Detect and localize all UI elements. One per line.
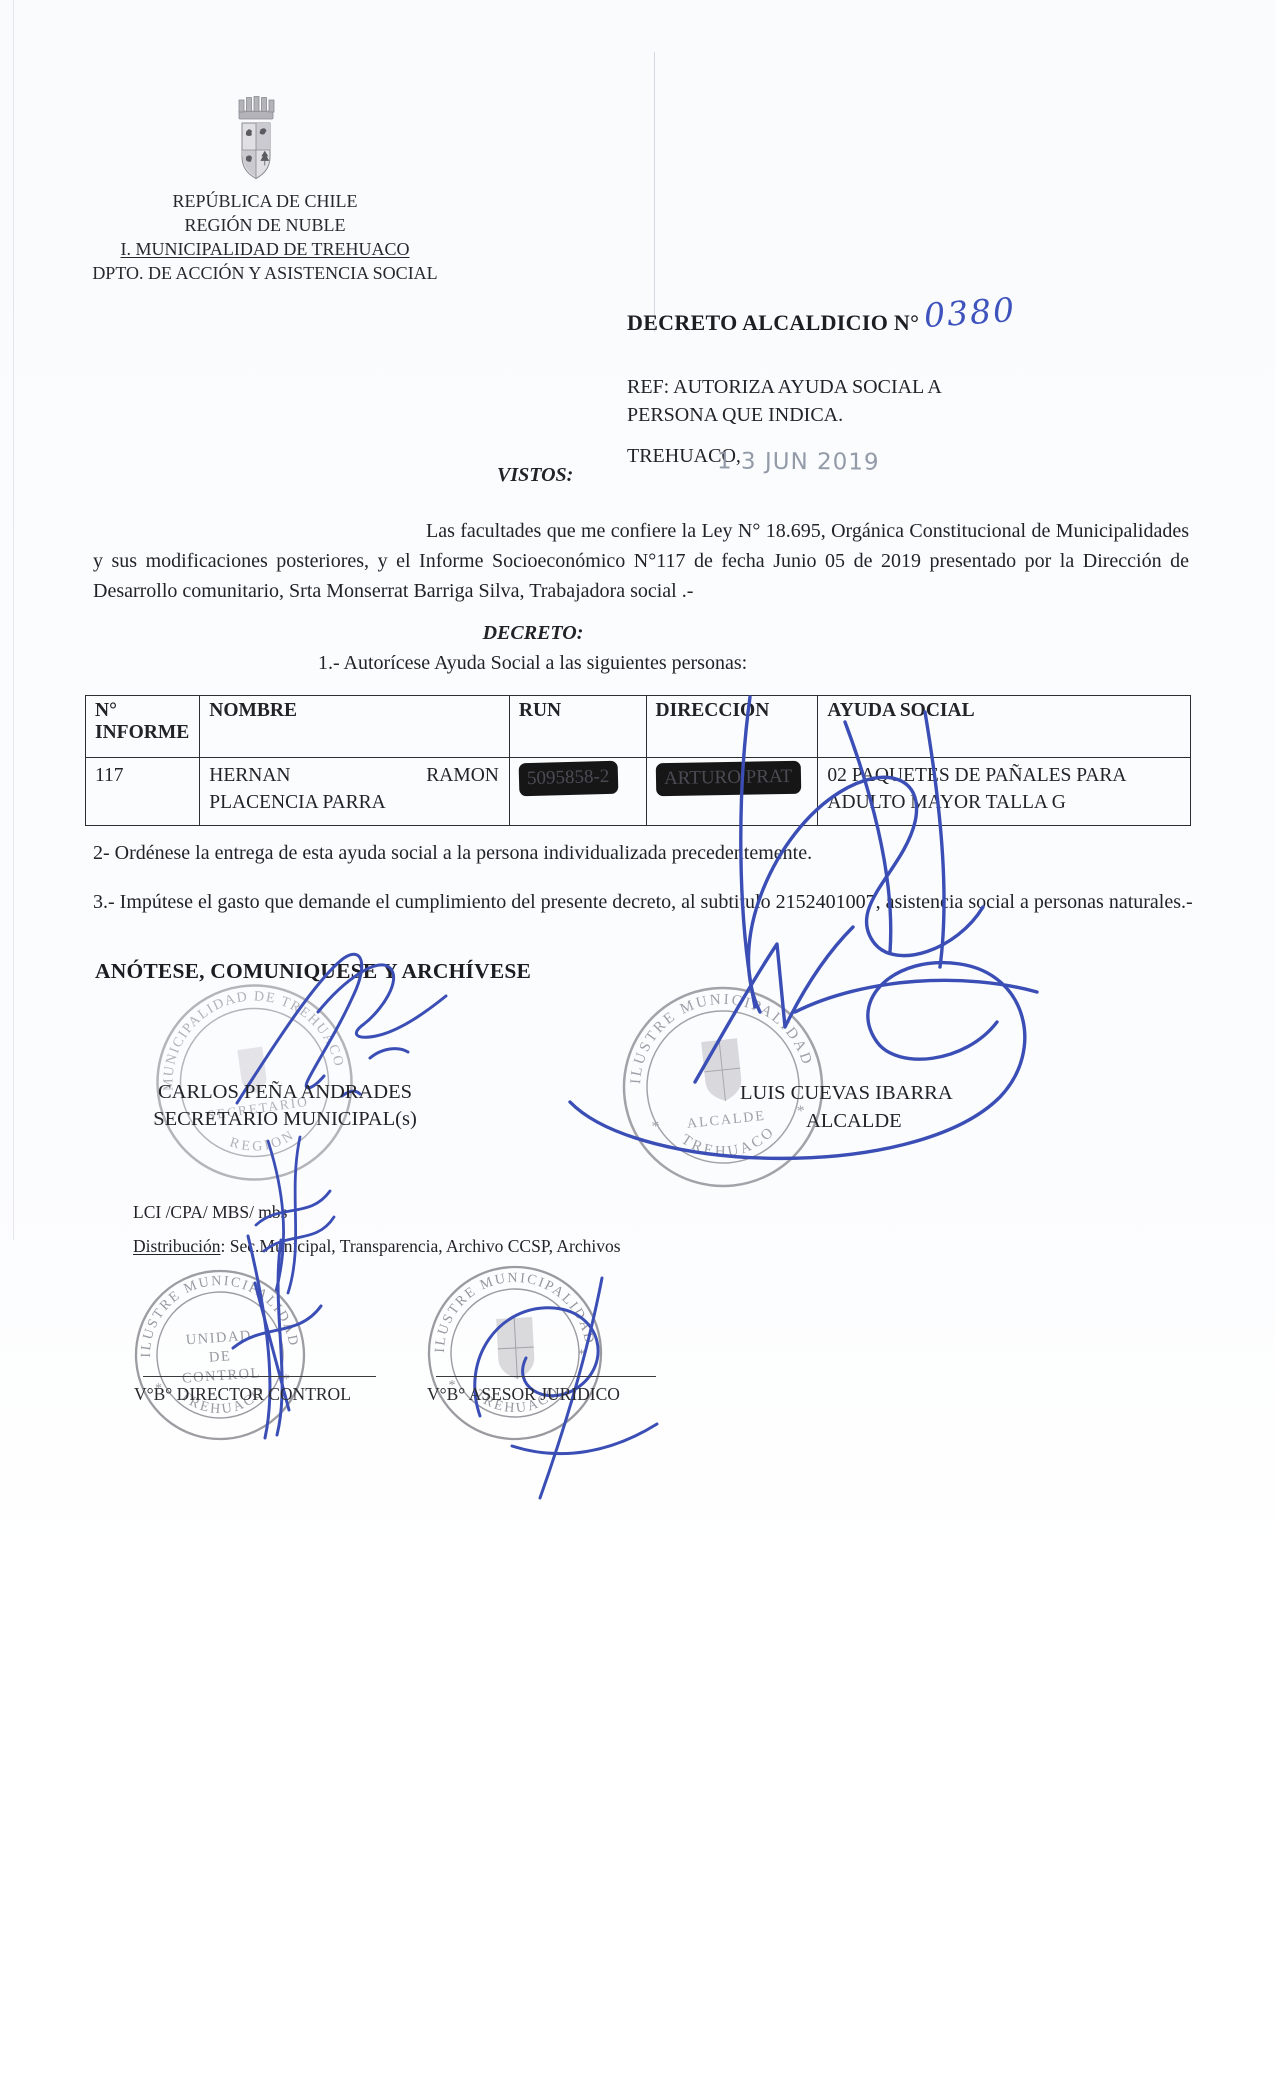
coat-of-arms-icon: [229, 95, 283, 187]
letterhead-municipality: I. MUNICIPALIDAD DE TREHUACO: [55, 237, 475, 261]
scan-fold-line: [654, 52, 655, 332]
column-header-nombre: NOMBRE: [200, 696, 510, 758]
signatory-right-name: LUIS CUEVAS IBARRA: [740, 1082, 953, 1105]
vistos-label: VISTOS:: [497, 464, 573, 487]
letterhead: REPÚBLICA DE CHILE REGIÓN DE NUBLE I. MU…: [55, 189, 475, 285]
date-stamp: 1 3 JUN 2019: [717, 448, 880, 475]
signature-line-left: [143, 1376, 376, 1377]
letterhead-country: REPÚBLICA DE CHILE: [55, 189, 475, 213]
approval-asesor-juridico: V°B° ASESOR JURIDICO: [427, 1384, 620, 1405]
signature-line-right: [436, 1376, 656, 1377]
nombre-middle: RAMON: [426, 762, 499, 789]
column-header-informe: N° INFORME: [86, 696, 200, 758]
document-page: REPÚBLICA DE CHILE REGIÓN DE NUBLE I. MU…: [0, 0, 1275, 2100]
letterhead-department: DPTO. DE ACCIÓN Y ASISTENCIA SOCIAL: [55, 261, 475, 285]
vistos-paragraph: Las facultades que me confiere la Ley N°…: [93, 516, 1189, 606]
signatory-left-title: SECRETARIO MUNICIPAL(s): [120, 1106, 450, 1133]
signatory-left: CARLOS PEÑA ANDRADES SECRETARIO MUNICIPA…: [120, 1079, 450, 1133]
approval-director-control: V°B° DIRECTOR CONTROL: [134, 1384, 351, 1405]
nombre-last: PLACENCIA PARRA: [209, 789, 499, 816]
alcalde-signature: [545, 682, 1065, 1187]
ref-block: REF: AUTORIZA AYUDA SOCIAL A PERSONA QUE…: [627, 373, 942, 429]
nombre-first: HERNAN: [209, 762, 290, 789]
ref-line-1: REF: AUTORIZA AYUDA SOCIAL A: [627, 373, 942, 401]
director-control-signature: [193, 1228, 345, 1446]
decreto-label: DECRETO:: [93, 622, 973, 645]
ref-line-2: PERSONA QUE INDICA.: [627, 401, 942, 429]
signatory-right-title: ALCALDE: [806, 1110, 902, 1133]
decree-number-handwritten: 0380: [923, 290, 1017, 335]
decreto-item-1: 1.- Autorícese Ayuda Social a las siguie…: [318, 652, 747, 675]
signatory-left-name: CARLOS PEÑA ANDRADES: [120, 1079, 450, 1106]
scan-edge-line: [13, 0, 14, 1240]
cell-informe: 117: [86, 758, 200, 826]
cell-nombre: HERNAN RAMON PLACENCIA PARRA: [200, 758, 510, 826]
decree-title-label: DECRETO ALCALDICIO N°: [627, 310, 919, 336]
letterhead-region: REGIÓN DE NUBLE: [55, 213, 475, 237]
